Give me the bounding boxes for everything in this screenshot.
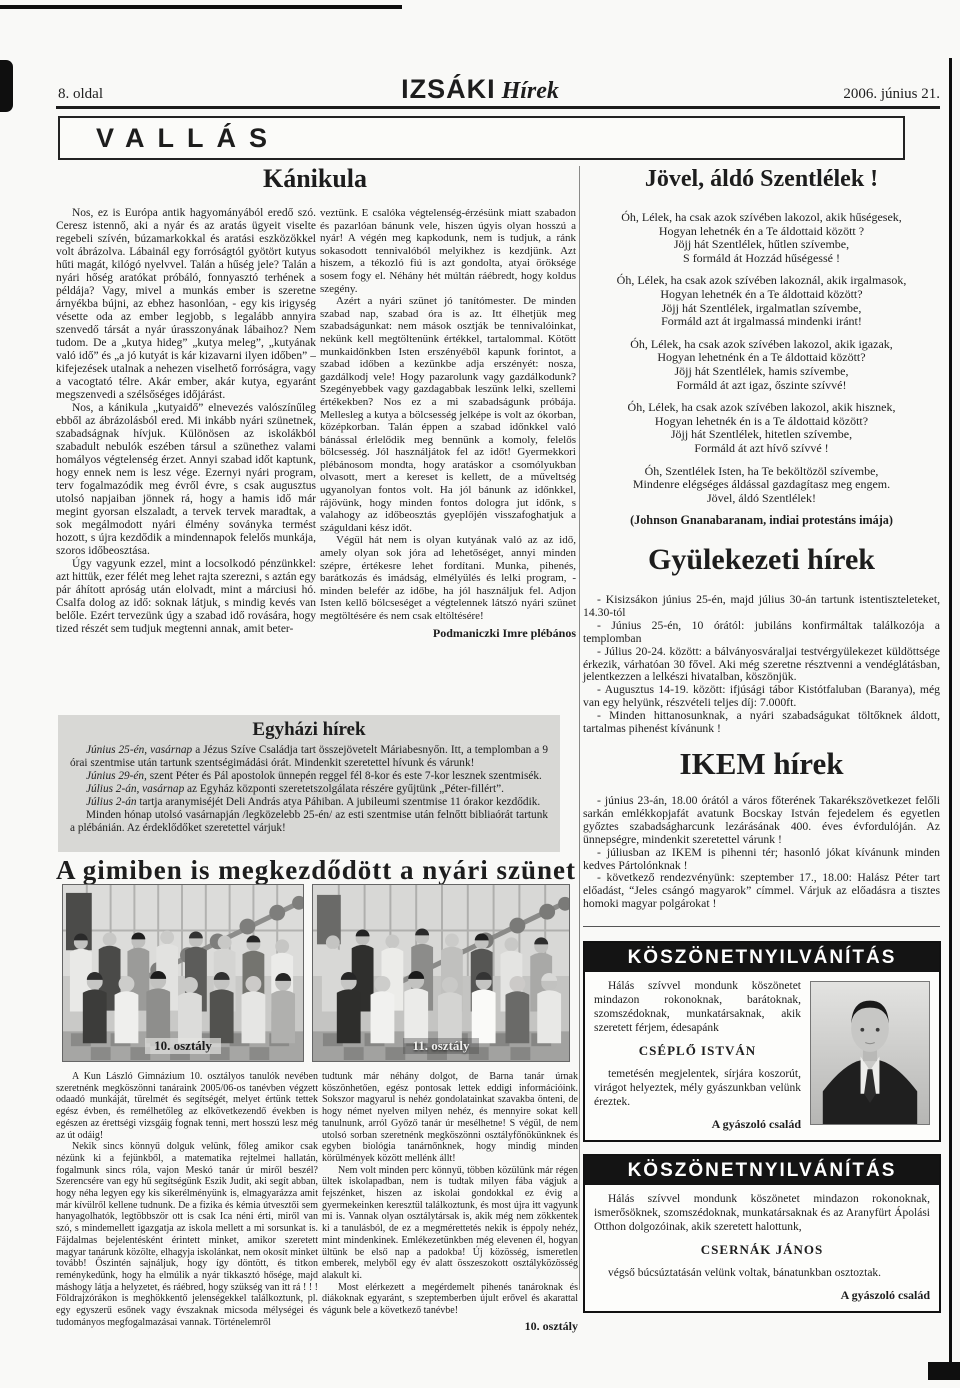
obituary-body: Hálás szívvel mondunk köszönetet mindazo…: [585, 972, 939, 1140]
paragraph: A Kun László Gimnázium 10. osztályos tan…: [56, 1071, 318, 1141]
newspaper-page: 8. oldal IZSÁKIHírek 2006. június 21. VA…: [0, 0, 960, 1388]
egyhazi-hirek-box: Egyházi hírek Június 25-én, vasárnap a J…: [58, 715, 560, 852]
news-item: - június 23-án, 18.00 órától a város főt…: [583, 795, 940, 847]
poem-line: Jövel, áldó Szentlélek!: [583, 492, 940, 506]
poem-line: Óh, Lélek, ha csak azok szívében lakozol…: [583, 401, 940, 415]
masthead-subtitle: Hírek: [502, 78, 559, 104]
scan-artifact-right-edge: [949, 58, 952, 1364]
obituary-signature: A gyászoló család: [594, 1288, 930, 1302]
poem-line: Formáld át azt igaz, őszinte szívvé!: [583, 379, 940, 393]
obituary-intro: Hálás szívvel mondunk köszönetet mindazo…: [594, 979, 801, 1035]
deceased-name: CSÉPLŐ ISTVÁN: [594, 1044, 801, 1058]
paragraph: Nos, ez is Európa antik hagyományából er…: [56, 207, 316, 402]
scan-artifact-topline: [0, 5, 402, 9]
news-item: Július 2-án tartja aranymiséjét Deli And…: [70, 796, 548, 809]
kanikula-column-2: veztünk. E csalóka végtelenség-érzésünk …: [320, 207, 576, 719]
paragraph: Nos, a kánikula „kutyaidő” elnevezés val…: [56, 402, 316, 558]
gyulekezeti-title: Gyülekezeti hírek: [583, 543, 940, 577]
news-item: Június 29-én, szent Péter és Pál apostol…: [70, 770, 548, 783]
poem-line: Jöjj hát Szentlélek, hűtlen szívembe,: [583, 238, 940, 252]
obituary-text: Hálás szívvel mondunk köszönetet mindazo…: [594, 1192, 930, 1302]
class-photo-11: 11. osztály: [312, 884, 570, 1062]
poem-stanza: Óh, Lélek, ha csak azok szívében lakozol…: [583, 401, 940, 455]
item-text: szent Péter és Pál apostolok ünnepén reg…: [147, 770, 542, 782]
kanikula-signature: Podmaniczki Imre plébános: [320, 627, 576, 640]
news-item: - Minden hittanosunknak, a nyári szabads…: [583, 710, 940, 736]
date-lead: Július 2-án, vasárnap: [86, 783, 184, 795]
deceased-name: CSERNÁK JÁNOS: [594, 1243, 930, 1257]
szentlelek-poem: Óh, Lélek, ha csak azok szívében lakozol…: [583, 211, 940, 528]
news-item: - Július 20-24. között: a bálványosváral…: [583, 646, 940, 685]
poem-line: S formáld át Hozzád hűségessé !: [583, 252, 940, 266]
poem-line: Formáld azt át irgalmassá mindenki iránt…: [583, 315, 940, 329]
item-text: tartja aranymiséjét Deli András atya Páh…: [137, 796, 541, 808]
portrait-photo: [810, 981, 930, 1125]
news-item: - következő rendezvényünk: szeptember 17…: [583, 872, 940, 911]
photo-caption: 11. osztály: [313, 1037, 569, 1055]
obituary-notice-2: KÖSZÖNETNYILVÁNÍTÁS Hálás szívvel mondun…: [583, 1154, 941, 1313]
obituary-signature: A gyászoló család: [594, 1117, 801, 1131]
item-text: Minden hónap utolsó vasárnapján /legköze…: [70, 809, 548, 834]
poem-line: Hogyan lehetnék én is a Te áldottaid köz…: [583, 415, 940, 429]
header-rule: [56, 106, 940, 109]
paragraph: Végül hát nem is olyan kutyának való az …: [320, 534, 576, 622]
date-lead: Június 29-én,: [86, 770, 147, 782]
gimi-column-1: A Kun László Gimnázium 10. osztályos tan…: [56, 1071, 318, 1328]
masthead-title: IZSÁKI: [401, 74, 496, 104]
paragraph: Azért a nyári szünet jó tanítómester. De…: [320, 295, 576, 534]
poem-line: Formáld át azt hívő szívvé !: [583, 442, 940, 456]
gimi-column-2: tudtunk már néhány dolgot, de Barna taná…: [322, 1071, 578, 1332]
ikem-title: IKEM hírek: [583, 746, 940, 782]
news-item: - Kisizsákon június 25-én, majd július 3…: [583, 594, 940, 620]
poem-line: Hogyan lehetnénk én a Te áldottaid közöt…: [583, 351, 940, 365]
poem-line: Jöjj hát Szentlélek, hitetlen szívembe,: [583, 428, 940, 442]
separator-rule: [583, 926, 940, 927]
paragraph: tudtunk már néhány dolgot, de Barna taná…: [322, 1071, 578, 1165]
obituary-header: KÖSZÖNETNYILVÁNÍTÁS: [585, 1156, 939, 1185]
obituary-message: végső búcsúztatásán velünk voltak, bánat…: [594, 1266, 930, 1280]
obituary-body: Hálás szívvel mondunk köszönetet mindazo…: [585, 1185, 939, 1311]
poem-stanza: Óh, Lélek, ha csak azok szívében lakozná…: [583, 274, 940, 328]
poem-line: Óh, Lélek, ha csak azok szívében lakozná…: [583, 274, 940, 288]
poem-attribution: (Johnson Gnanabaranam, indiai protestáns…: [583, 514, 940, 528]
obituary-intro: Hálás szívvel mondunk köszönetet mindazo…: [594, 1192, 930, 1234]
date-lead: Június 25-én, vasárnap: [86, 744, 192, 756]
date-lead: Július 2-án: [86, 796, 137, 808]
class-photo-10: 10. osztály: [62, 884, 304, 1062]
poem-stanza: Óh, Lélek, ha csak azok szívében lakozol…: [583, 338, 940, 392]
gimi-signature: 10. osztály: [322, 1321, 578, 1333]
poem-line: Hogyan lehetnék én a Te áldottaid között…: [583, 288, 940, 302]
paragraph: Most elérkezett a megérdemelt pihenés ta…: [322, 1282, 578, 1317]
column-divider: [579, 166, 580, 1290]
section-banner: VALLÁS: [58, 116, 905, 160]
obituary-notice-1: KÖSZÖNETNYILVÁNÍTÁS Hálás szívvel mondun…: [583, 941, 941, 1142]
obituary-message: temetésén megjelentek, sírjára koszorút,…: [594, 1067, 801, 1109]
poem-stanza: Óh, Lélek, ha csak azok szívében lakozol…: [583, 211, 940, 265]
obituary-text: Hálás szívvel mondunk köszönetet mindazo…: [594, 979, 801, 1131]
poem-line: Óh, Szentlélek Isten, ha Te beköltözöl s…: [583, 465, 940, 479]
poem-line: Óh, Lélek, ha csak azok szívében lakozol…: [583, 338, 940, 352]
scan-artifact-corner: [928, 1362, 960, 1380]
news-item: - júliusban az IKEM is pihenni tér; haso…: [583, 847, 940, 873]
news-item: Július 2-án, vasárnap az Egyház központi…: [70, 783, 548, 796]
gyulekezeti-items: - Kisizsákon június 25-én, majd július 3…: [583, 594, 940, 736]
poem-line: Jöjj hát Szentlélek, irgalmatlan szívemb…: [583, 302, 940, 316]
item-text: az Egyház központi szeretetszolgálata ré…: [184, 783, 504, 795]
news-item: - Június 25-én, 10 órától: jubiláns konf…: [583, 620, 940, 646]
poem-stanza: Óh, Szentlélek Isten, ha Te beköltözöl s…: [583, 465, 940, 506]
paragraph: Nem volt minden perc könnyű, többen közü…: [322, 1165, 578, 1282]
paragraph: veztünk. E csalóka végtelenség-érzésünk …: [320, 207, 576, 295]
masthead: IZSÁKIHírek: [0, 74, 960, 105]
obituary-header: KÖSZÖNETNYILVÁNÍTÁS: [585, 943, 939, 972]
news-item: Minden hónap utolsó vasárnapján /legköze…: [70, 809, 548, 835]
szentlelek-title: Jövel, áldó Szentlélek !: [583, 166, 940, 193]
issue-date: 2006. június 21.: [843, 86, 940, 103]
poem-line: Óh, Lélek, ha csak azok szívében lakozol…: [583, 211, 940, 225]
poem-line: Mindenre elégséges áldással gazdagítasz …: [583, 478, 940, 492]
paragraph: Úgy vagyunk ezzel, mint a locsolkodó pén…: [56, 558, 316, 636]
news-item: Június 25-én, vasárnap a Jézus Szíve Csa…: [70, 744, 548, 770]
egyhazi-title: Egyházi hírek: [70, 719, 548, 741]
caption-text: 10. osztály: [145, 1038, 221, 1054]
gimi-title: A gimiben is megkezdődött a nyári szünet: [55, 855, 577, 886]
poem-line: Jöjj hát Szentlélek, hamis szívembe,: [583, 365, 940, 379]
section-label: VALLÁS: [96, 118, 903, 158]
paragraph: Nekik sincs könnyű dolguk velünk, főleg …: [56, 1141, 318, 1328]
news-item: - Augusztus 14-19. között: ifjúsági tábo…: [583, 684, 940, 710]
kanikula-title: Kánikula: [55, 164, 575, 194]
kanikula-column-1: Nos, ez is Európa antik hagyományából er…: [56, 207, 316, 714]
ikem-items: - június 23-án, 18.00 órától a város főt…: [583, 795, 940, 911]
poem-line: Hogyan lehetnék én a Te áldottaid között…: [583, 225, 940, 239]
photo-caption: 10. osztály: [63, 1037, 303, 1055]
caption-text: 11. osztály: [403, 1038, 478, 1054]
